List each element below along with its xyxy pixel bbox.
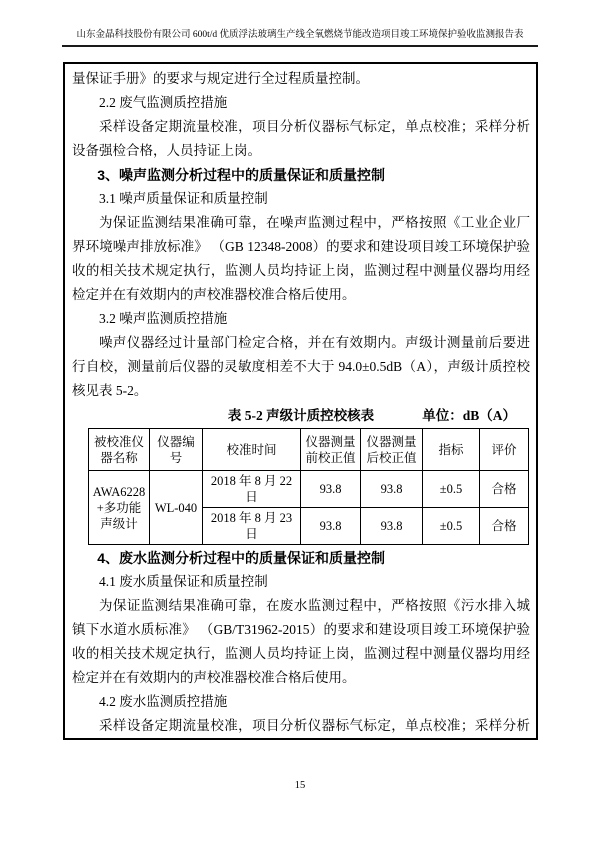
sound-level-meter-qc-table: 被校准仪器名称 仪器编号 校准时间 仪器测量前校正值 仪器测量后校正值 指标 评… bbox=[88, 428, 529, 545]
col-header-calibration-date: 校准时间 bbox=[203, 429, 301, 471]
cell-index-1: ±0.5 bbox=[423, 471, 480, 508]
cell-before-2: 93.8 bbox=[301, 508, 361, 545]
paragraph-4-1: 为保证监测结果准确可靠，在废水监测过程中，严格按照《污水排入城镇下水道水质标准》… bbox=[72, 594, 530, 690]
section-heading-4: 4、废水监测分析过程中的质量保证和质量控制 bbox=[72, 546, 530, 570]
paragraph-continuation: 量保证手册》的要求与规定进行全过程质量控制。 bbox=[72, 67, 530, 91]
table-title: 表 5-2 声级计质控校核表 bbox=[228, 408, 374, 423]
cell-result-1: 合格 bbox=[480, 471, 529, 508]
col-header-instrument-no: 仪器编号 bbox=[150, 429, 203, 471]
col-header-after-value: 仪器测量后校正值 bbox=[361, 429, 423, 471]
cell-index-2: ±0.5 bbox=[423, 508, 480, 545]
section-heading-3: 3、噪声监测分析过程中的质量保证和质量控制 bbox=[72, 163, 530, 187]
paragraph-2-2: 采样设备定期流量校准，项目分析仪器标气标定，单点校准；采样分析设备强检合格，人员… bbox=[72, 115, 530, 163]
col-header-index: 指标 bbox=[423, 429, 480, 471]
cell-result-2: 合格 bbox=[480, 508, 529, 545]
table-unit-label: 单位：dB（A） bbox=[422, 405, 516, 427]
cell-instrument-name: AWA6228+多功能声级计 bbox=[89, 471, 150, 545]
col-header-before-value: 仪器测量前校正值 bbox=[301, 429, 361, 471]
cell-after-2: 93.8 bbox=[361, 508, 423, 545]
table-caption: 表 5-2 声级计质控校核表 单位：dB（A） bbox=[72, 405, 530, 427]
table-header-row: 被校准仪器名称 仪器编号 校准时间 仪器测量前校正值 仪器测量后校正值 指标 评… bbox=[89, 429, 529, 471]
section-heading-4-1: 4.1 废水质量保证和质量控制 bbox=[72, 570, 530, 594]
col-header-evaluation: 评价 bbox=[480, 429, 529, 471]
table-row: AWA6228+多功能声级计 WL-040 2018 年 8 月 22 日 93… bbox=[89, 471, 529, 508]
cell-before-1: 93.8 bbox=[301, 471, 361, 508]
section-heading-3-2: 3.2 噪声监测质控措施 bbox=[72, 307, 530, 331]
section-heading-4-2: 4.2 废水监测质控措施 bbox=[72, 690, 530, 714]
cell-after-1: 93.8 bbox=[361, 471, 423, 508]
section-heading-3-1: 3.1 噪声质量保证和质量控制 bbox=[72, 187, 530, 211]
page-number: 15 bbox=[0, 780, 600, 791]
header-divider bbox=[62, 45, 538, 47]
document-header-title: 山东金晶科技股份有限公司 600t/d 优质浮法玻璃生产线全氧燃烧节能改造项目竣… bbox=[62, 28, 538, 42]
paragraph-4-2: 采样设备定期流量校准，项目分析仪器标气标定，单点校准；采样分析设备强检合格，人员… bbox=[72, 714, 530, 740]
cell-instrument-no: WL-040 bbox=[150, 471, 203, 545]
paragraph-3-1: 为保证监测结果准确可靠，在噪声监测过程中，严格按照《工业企业厂界环境噪声排放标准… bbox=[72, 211, 530, 307]
paragraph-3-2: 噪声仪器经过计量部门检定合格，并在有效期内。声级计测量前后要进行自校，测量前后仪… bbox=[72, 331, 530, 403]
cell-date-2: 2018 年 8 月 23 日 bbox=[203, 508, 301, 545]
col-header-instrument-name: 被校准仪器名称 bbox=[89, 429, 150, 471]
section-heading-2-2: 2.2 废气监测质控措施 bbox=[72, 91, 530, 115]
content-box: 量保证手册》的要求与规定进行全过程质量控制。 2.2 废气监测质控措施 采样设备… bbox=[63, 62, 538, 740]
cell-date-1: 2018 年 8 月 22 日 bbox=[203, 471, 301, 508]
